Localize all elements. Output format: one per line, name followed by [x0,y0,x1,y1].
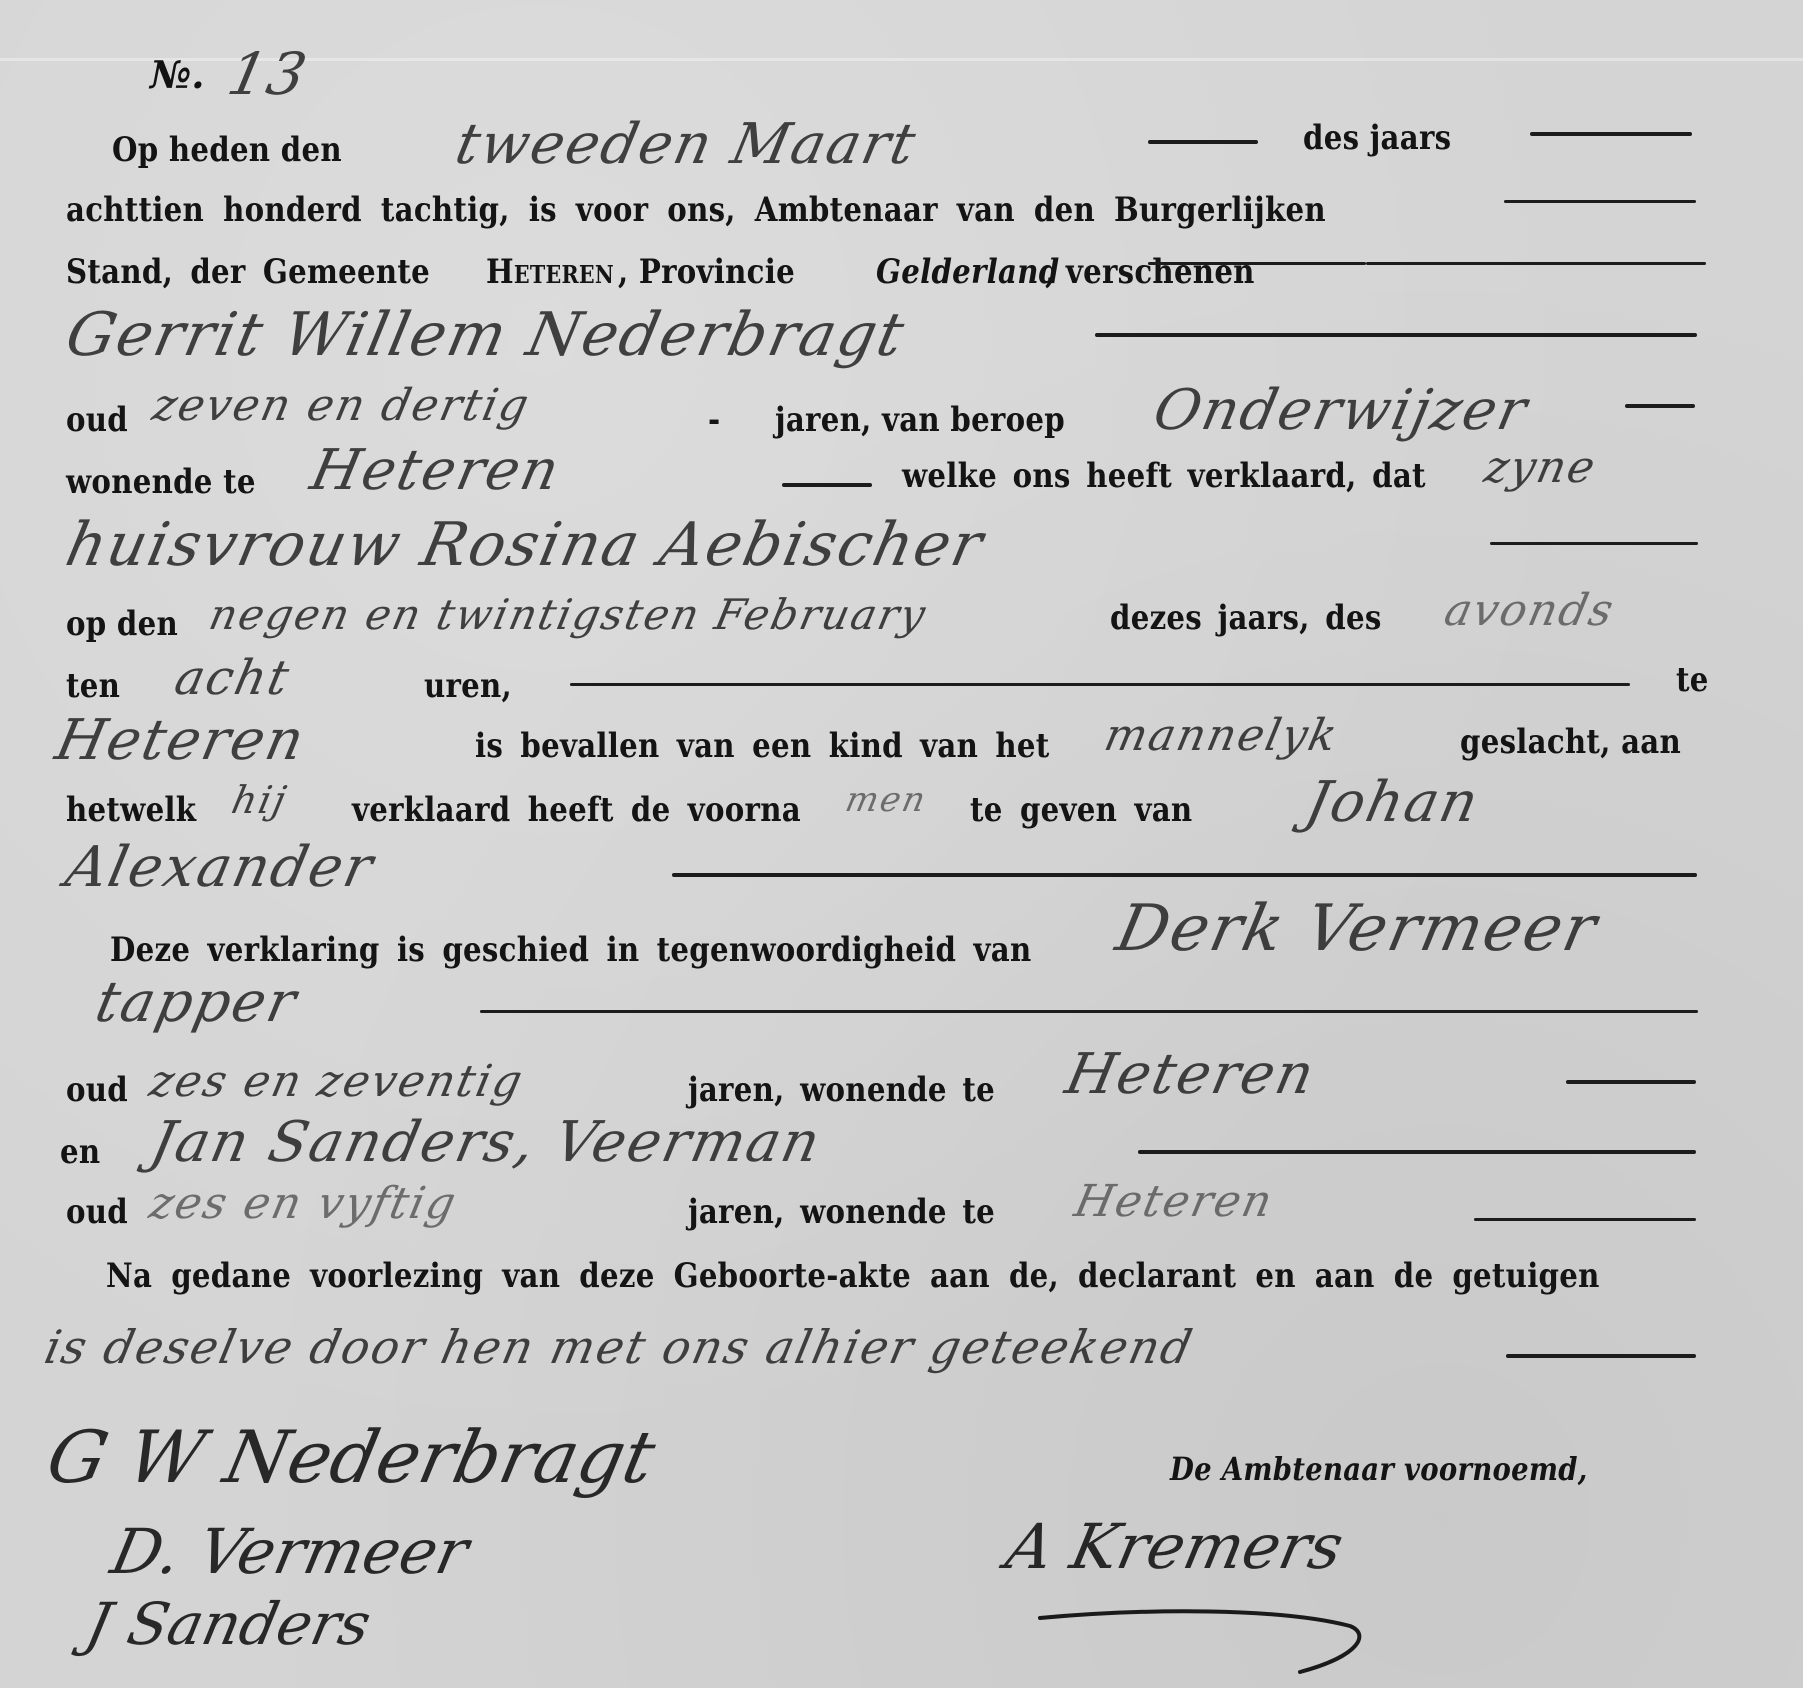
handwritten-time-of-day: avonds [1440,585,1620,636]
fill-line [1366,262,1706,265]
text-dash: - [708,400,720,440]
text-is-bevallen: is bevallen van een kind van het [475,726,1050,766]
fill-line [672,873,1697,877]
signature-official: A Kremers [1000,1510,1350,1583]
text-des-jaars: des jaars [1303,118,1451,158]
fill-line [1148,140,1258,144]
text-geslacht-aan: geslacht, aan [1460,722,1681,762]
handwritten-sex: mannelyk [1100,710,1343,761]
handwritten-hij: hij [228,778,292,822]
text-welke-ons-verklaard: welke ons heeft verklaard, dat [902,456,1426,496]
fill-line [480,1010,1698,1013]
handwritten-residence: Heteren [305,438,566,503]
text-na-gedane-voorlezing: Na gedane voorlezing van deze Geboorte-a… [106,1256,1600,1296]
handwritten-date: tweeden Maart [450,112,923,177]
handwritten-declarant-name: Gerrit Willem Nederbragt [60,300,912,370]
handwritten-birth-date: negen en twintigsten February [205,590,931,639]
signature-declarant: G W Nederbragt [40,1415,662,1499]
handwritten-birth-place: Heteren [50,708,311,773]
handwritten-declarant-age: zeven en dertig [148,380,535,431]
text-oud: oud [66,1070,128,1110]
text-hetwelk: hetwelk [66,790,196,830]
handwritten-witness2-age: zes en vyftig [145,1178,462,1229]
official-label: De Ambtenaar voornoemd, [1170,1450,1588,1488]
text-stand-gemeente: Stand, der Gemeente [66,252,430,292]
text-oud: oud [66,400,128,440]
signature-witness1: D. Vermeer [105,1515,475,1588]
record-number-label: №. [150,52,205,97]
text-op-heden-den: Op heden den [112,130,342,170]
fill-line [570,683,1630,686]
text-en: en [60,1132,100,1172]
fill-line [1504,200,1696,203]
handwritten-child-second-name: Alexander [60,835,380,900]
text-te: te [1676,660,1709,700]
fill-line [1625,404,1695,408]
handwritten-signed-clause: is deselve door hen met ons alhier getee… [40,1320,1199,1374]
handwritten-mother-name: huisvrouw Rosina Aebischer [60,510,990,580]
text-dezes-jaars-des: dezes jaars, des [1110,598,1382,638]
text-ten: ten [66,666,120,706]
fill-line [782,483,872,487]
fill-line [1148,262,1366,265]
fill-line [1474,1218,1696,1221]
signature-flourish-icon [1030,1600,1370,1680]
text-uren: uren, [424,666,512,706]
handwritten-men: men [842,780,931,820]
handwritten-witness1-residence: Heteren [1060,1042,1321,1107]
fill-line [1138,1150,1696,1154]
fill-line [1490,542,1698,545]
handwritten-witness1-occupation: tapper [90,970,303,1035]
text-jaren-wonende-te: jaren, wonende te [688,1070,995,1110]
text-jaren-wonende-te: jaren, wonende te [688,1192,995,1232]
province-name: Gelderland [876,252,1059,292]
handwritten-witness1-name: Derk Vermeer [1110,892,1604,966]
record-number: 13 [222,40,314,108]
text-te-geven-van: te geven van [970,790,1192,830]
handwritten-hour: acht [170,650,296,706]
fill-line [1095,333,1697,337]
fill-line [1506,1354,1696,1358]
text-verklaard-voorna: verklaard heeft de voorna [352,790,801,830]
handwritten-witness2-residence: Heteren [1070,1176,1278,1227]
text-provincie: , Provincie [618,252,795,292]
text-op-den: op den [66,604,178,644]
handwritten-child-first-name: Johan [1300,770,1486,835]
text-deze-verklaring: Deze verklaring is geschied in tegenwoor… [110,930,1031,970]
municipality-name: Heteren [486,252,614,292]
fill-line [1530,132,1692,136]
text-oud: oud [66,1192,128,1232]
handwritten-witness1-age: zes en zeventig [145,1056,528,1107]
text-verschenen: , verschenen [1045,252,1255,292]
text-jaren-beroep: jaren, van beroep [775,400,1065,440]
handwritten-occupation: Onderwijzer [1148,378,1534,443]
text-wonende-te: wonende te [66,462,256,502]
signature-witness2: J Sanders [80,1590,377,1658]
text-year-official: achttien honderd tachtig, is voor ons, A… [66,190,1326,230]
fill-line [1566,1080,1696,1084]
handwritten-witness2-name: Jan Sanders, Veerman [145,1110,827,1175]
handwritten-zyne: zyne [1480,442,1601,493]
